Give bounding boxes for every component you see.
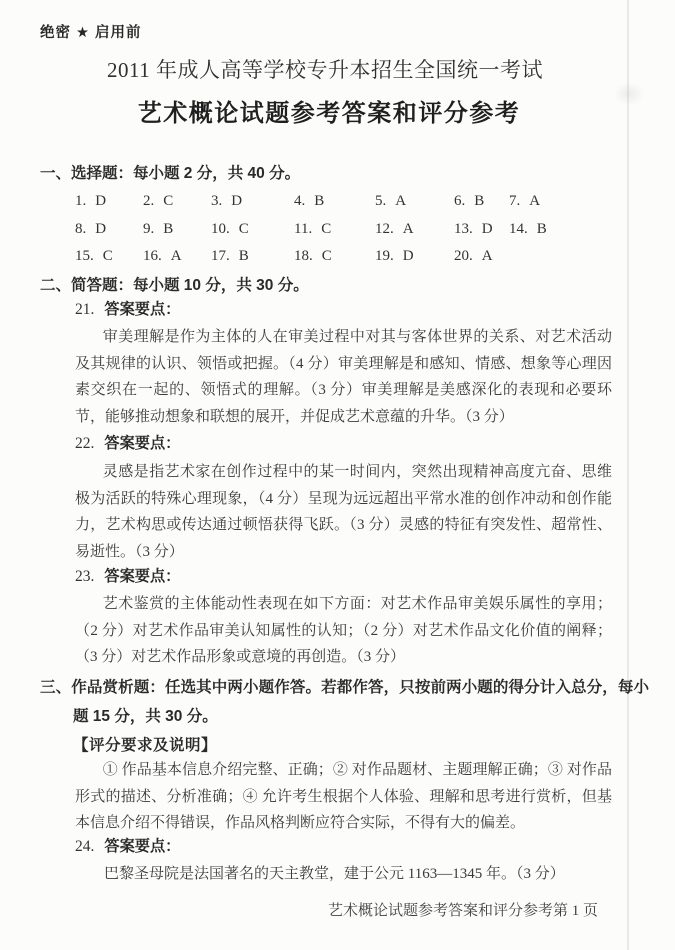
choice-answer-letter: A [482,243,493,271]
choice-answer-item: 16.A [143,243,211,271]
choice-answer-item: 13.D [454,216,509,244]
choice-answer-letter: B [163,216,173,244]
choice-answer-number: 5. [375,188,386,216]
classification-label: 绝密 ★ 启用前 [40,21,142,42]
choice-answer-number: 3. [211,188,222,216]
choice-answer-number: 10. [211,216,230,244]
exam-title: 2011 年成人高等学校专升本招生全国统一考试 [0,54,650,84]
choice-answer-item: 19.D [375,243,454,271]
choice-answer-item: 3.D [211,188,294,216]
answer-points-label: 答案要点： [104,300,180,320]
exam-answer-page: 绝密 ★ 启用前 2011 年成人高等学校专升本招生全国统一考试 艺术概论试题参… [0,0,675,950]
question-23-answer-text: 艺术鉴赏的主体能动性表现在如下方面：对艺术作品审美娱乐属性的享用；（2 分）对艺… [75,591,612,671]
question-number: 24. [75,837,94,857]
choice-answer-number: 2. [143,188,154,216]
choice-answer-letter: A [529,188,540,216]
choice-answer-item: 1.D [75,188,143,216]
choice-answer-row: 1.D 2.C 3.D 4.B 5.A 6.B 7.A [75,188,623,216]
answer-points-label: 答案要点： [104,434,180,454]
choice-answer-letter: B [314,188,324,216]
choice-answer-letter: C [322,243,332,271]
choice-answer-number: 15. [75,243,94,271]
choice-answer-item: 5.A [375,188,454,216]
choice-answer-item: 2.C [143,188,211,216]
choice-answer-grid: 1.D 2.C 3.D 4.B 5.A 6.B 7.A 8.D 9.B 10.C… [75,188,623,271]
choice-answer-item: 4.B [294,188,375,216]
question-number: 21. [75,300,94,320]
choice-answer-item: 10.C [211,216,294,244]
choice-answer-number: 1. [75,188,86,216]
question-23-label: 23. 答案要点： [75,567,180,587]
section-1-heading: 一、选择题：每小题 2 分，共 40 分。 [40,161,300,183]
question-21-label: 21. 答案要点： [75,300,180,320]
choice-answer-letter: D [231,188,242,216]
choice-answer-item: 8.D [75,216,143,244]
grading-notes-text: ① 作品基本信息介绍完整、正确；② 对作品题材、主题理解正确；③ 对作品形式的描… [75,757,612,837]
question-number: 22. [75,434,94,454]
grading-notes-title: 【评分要求及说明】 [73,733,217,755]
question-24-label: 24. 答案要点： [75,837,180,857]
choice-answer-letter: B [537,216,547,244]
choice-answer-number: 9. [143,216,154,244]
choice-answer-item: 17.B [211,243,294,271]
choice-answer-number: 17. [211,243,230,271]
choice-answer-row: 15.C 16.A 17.B 18.C 19.D 20.A [75,243,623,271]
choice-answer-letter: D [482,216,493,244]
scan-edge-line [627,0,629,950]
choice-answer-item: 9.B [143,216,211,244]
question-24-answer-text: 巴黎圣母院是法国著名的天主教堂，建于公元 1163—1345 年。（3 分） [104,862,565,883]
choice-answer-item: 11.C [294,216,375,244]
choice-answer-number: 12. [375,216,394,244]
page-footer: 艺术概论试题参考答案和评分参考第 1 页 [328,899,598,920]
choice-answer-item: 14.B [509,216,623,244]
question-number: 23. [75,567,94,587]
choice-answer-letter: D [95,216,106,244]
question-21-answer-text: 审美理解是作为主体的人在审美过程中对其与客体世界的关系、对艺术活动及其规律的认识… [75,324,612,430]
answer-points-label: 答案要点： [104,567,180,587]
choice-answer-number: 4. [294,188,305,216]
choice-answer-item: 6.B [454,188,509,216]
choice-answer-number: 16. [143,243,162,271]
choice-answer-item: 15.C [75,243,143,271]
choice-answer-letter: C [239,216,249,244]
choice-answer-number: 19. [375,243,394,271]
choice-answer-letter: B [239,243,249,271]
choice-answer-letter: A [403,216,414,244]
choice-answer-number: 14. [509,216,528,244]
question-22-answer-text: 灵感是指艺术家在创作过程中的某一时间内，突然出现精神高度亢奋、思维极为活跃的特殊… [75,459,612,565]
choice-answer-number: 11. [294,216,312,244]
choice-answer-item: 18.C [294,243,375,271]
choice-answer-number: 7. [509,188,520,216]
question-22-label: 22. 答案要点： [75,434,180,454]
choice-answer-letter: C [321,216,331,244]
answer-points-label: 答案要点： [104,837,180,857]
choice-answer-number: 13. [454,216,473,244]
choice-answer-item: 20.A [454,243,509,271]
choice-answer-letter: C [163,188,173,216]
choice-answer-item: 7.A [509,188,623,216]
choice-answer-letter: A [171,243,182,271]
section-3-heading: 三、作品赏析题：任选其中两小题作答。若都作答，只按前两小题的得分计入总分，每小题… [40,674,649,731]
choice-answer-letter: C [103,243,113,271]
choice-answer-letter: B [474,188,484,216]
choice-answer-number: 18. [294,243,313,271]
choice-answer-number: 20. [454,243,473,271]
choice-answer-letter: D [403,243,414,271]
choice-answer-number: 8. [75,216,86,244]
answer-key-title: 艺术概论试题参考答案和评分参考 [0,93,658,128]
choice-answer-letter: D [95,188,106,216]
choice-answer-row: 8.D 9.B 10.C 11.C 12.A 13.D 14.B [75,216,623,244]
choice-answer-item: 12.A [375,216,454,244]
choice-answer-letter: A [395,188,406,216]
section-2-heading: 二、简答题：每小题 10 分，共 30 分。 [40,273,309,295]
choice-answer-number: 6. [454,188,465,216]
